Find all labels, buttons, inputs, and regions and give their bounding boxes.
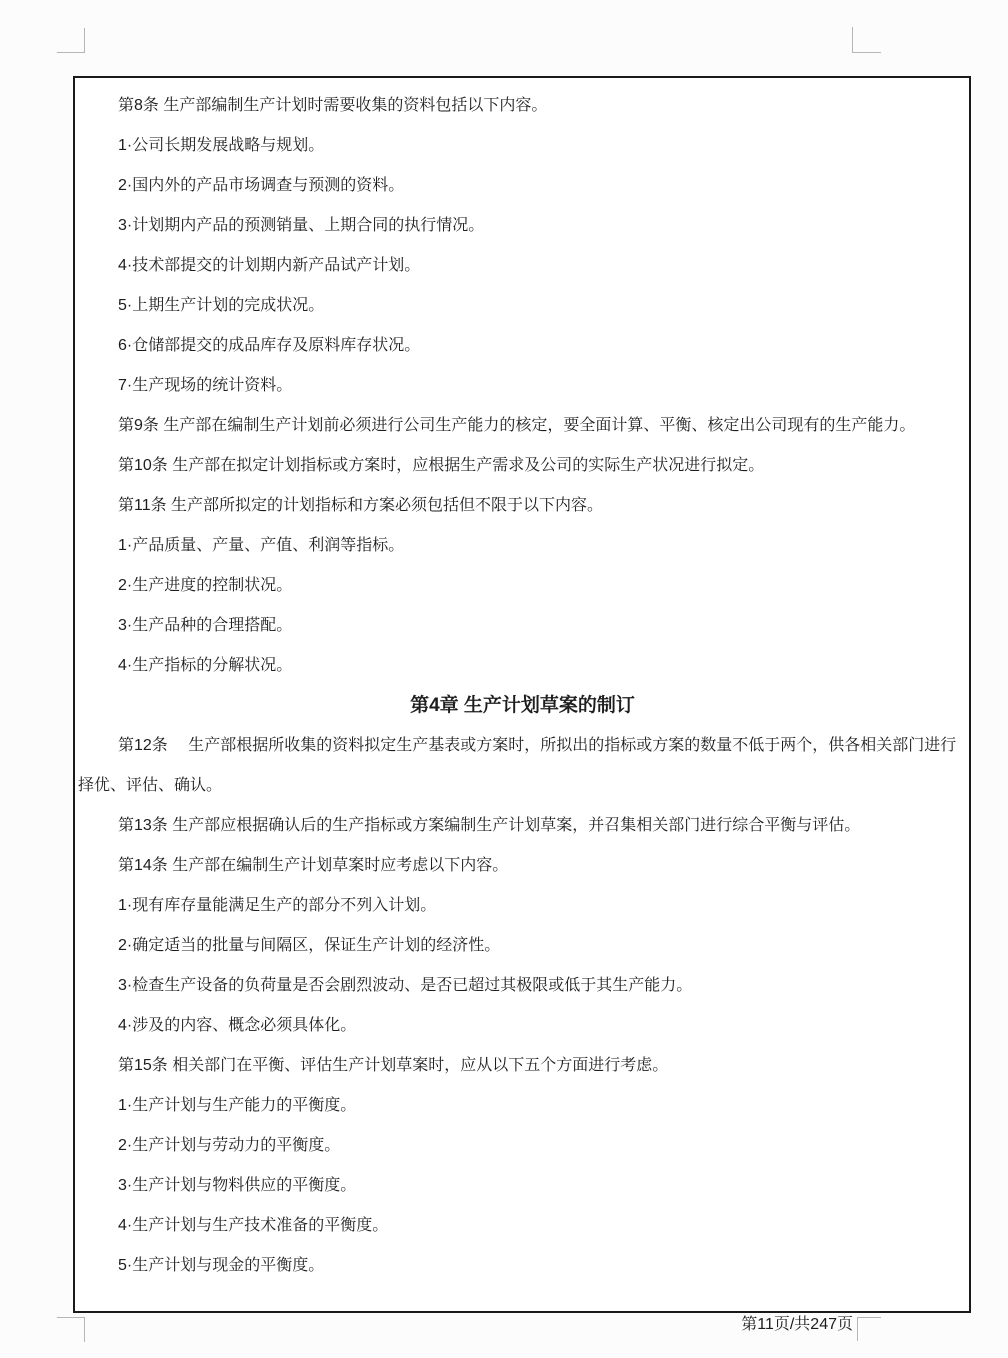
crop-mark-top-right (852, 27, 881, 53)
paragraph: 4·生产指标的分解状况。 (78, 646, 967, 686)
paragraph: 第11条 生产部所拟定的计划指标和方案必须包括但不限于以下内容。 (78, 486, 967, 526)
paragraph: 5·生产计划与现金的平衡度。 (78, 1246, 967, 1286)
paragraph: 1·生产计划与生产能力的平衡度。 (78, 1086, 967, 1126)
paragraph: 2·生产计划与劳动力的平衡度。 (78, 1126, 967, 1166)
paragraph: 第13条 生产部应根据确认后的生产指标或方案编制生产计划草案，并召集相关部门进行… (78, 806, 967, 846)
chapter-heading: 第4章 生产计划草案的制订 (78, 686, 967, 726)
paragraph: 2·国内外的产品市场调查与预测的资料。 (78, 166, 967, 206)
paragraph: 第15条 相关部门在平衡、评估生产计划草案时，应从以下五个方面进行考虑。 (78, 1046, 967, 1086)
paragraph: 第9条 生产部在编制生产计划前必须进行公司生产能力的核定，要全面计算、平衡、核定… (78, 406, 967, 446)
paragraph: 4·生产计划与生产技术准备的平衡度。 (78, 1206, 967, 1246)
page-number: 第11页/共247页 (741, 1312, 853, 1338)
paragraph: 4·涉及的内容、概念必须具体化。 (78, 1006, 967, 1046)
paragraph: 1·产品质量、产量、产值、利润等指标。 (78, 526, 967, 566)
paragraph: 3·检查生产设备的负荷量是否会剧烈波动、是否已超过其极限或低于其生产能力。 (78, 966, 967, 1006)
paragraph: 5·上期生产计划的完成状况。 (78, 286, 967, 326)
paragraph: 3·计划期内产品的预测销量、上期合同的执行情况。 (78, 206, 967, 246)
paragraph: 3·生产计划与物料供应的平衡度。 (78, 1166, 967, 1206)
paragraph: 3·生产品种的合理搭配。 (78, 606, 967, 646)
paragraph: 2·确定适当的批量与间隔区，保证生产计划的经济性。 (78, 926, 967, 966)
paragraph: 2·生产进度的控制状况。 (78, 566, 967, 606)
paragraph: 第10条 生产部在拟定计划指标或方案时，应根据生产需求及公司的实际生产状况进行拟… (78, 446, 967, 486)
paragraph: 1·公司长期发展战略与规划。 (78, 126, 967, 166)
crop-mark-top-left (57, 28, 85, 53)
paragraph: 6·仓储部提交的成品库存及原料库存状况。 (78, 326, 967, 366)
crop-mark-bottom-right (857, 1317, 881, 1341)
paragraph: 择优、评估、确认。 (78, 766, 967, 806)
paragraph: 4·技术部提交的计划期内新产品试产计划。 (78, 246, 967, 286)
paragraph: 1·现有库存量能满足生产的部分不列入计划。 (78, 886, 967, 926)
paragraph: 7·生产现场的统计资料。 (78, 366, 967, 406)
paragraph: 第12条 生产部根据所收集的资料拟定生产基表或方案时，所拟出的指标或方案的数量不… (78, 726, 967, 766)
paragraph: 第14条 生产部在编制生产计划草案时应考虑以下内容。 (78, 846, 967, 886)
document-content: 第8条 生产部编制生产计划时需要收集的资料包括以下内容。1·公司长期发展战略与规… (73, 76, 971, 1313)
paragraph: 第8条 生产部编制生产计划时需要收集的资料包括以下内容。 (78, 86, 967, 126)
crop-mark-bottom-left (57, 1317, 85, 1342)
